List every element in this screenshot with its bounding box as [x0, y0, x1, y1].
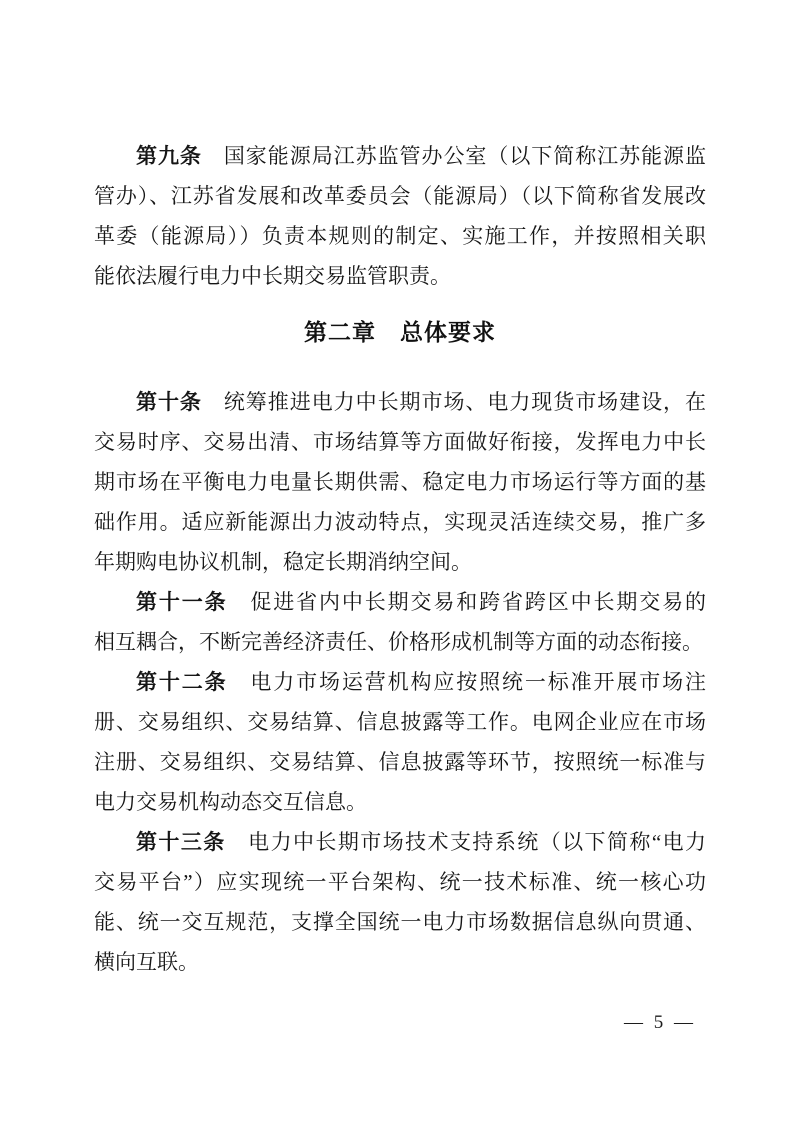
page-number: — 5 —	[624, 1012, 696, 1034]
text-line: 相互耦合，不断完善经济责任、价格形成机制等方面的动态衔接。	[94, 622, 706, 662]
text-line: 能依法履行电力中长期交易监管职责。	[94, 256, 706, 296]
article-number-label: 第九条	[136, 144, 202, 168]
article-paragraph: 第十二条 电力市场运营机构应按照统一标准开展市场注册、交易组织、交易结算、信息披…	[94, 662, 706, 822]
article-paragraph: 第十条 统筹推进电力中长期市场、电力现货市场建设，在交易时序、交易出清、市场结算…	[94, 382, 706, 582]
text-line: 电力交易机构动态交互信息。	[94, 782, 706, 822]
article-number-label: 第十三条	[136, 830, 226, 854]
document-page: 第九条 国家能源局江苏监管办公室（以下简称江苏能源监管办）、江苏省发展和改革委员…	[0, 0, 800, 1131]
article-number-label: 第十一条	[136, 590, 228, 614]
text-line: 第十条 统筹推进电力中长期市场、电力现货市场建设，在	[94, 382, 706, 422]
article-paragraph: 第九条 国家能源局江苏监管办公室（以下简称江苏能源监管办）、江苏省发展和改革委员…	[94, 136, 706, 296]
text-line: 管办）、江苏省发展和改革委员会（能源局）（以下简称省发展改	[94, 176, 706, 216]
text-line: 第十三条 电力中长期市场技术支持系统（以下简称“电力	[94, 822, 706, 862]
text-line: 交易平台”）应实现统一平台架构、统一技术标准、统一核心功	[94, 862, 706, 902]
text-line: 年期购电协议机制，稳定长期消纳空间。	[94, 542, 706, 582]
text-line: 革委（能源局））负责本规则的制定、实施工作，并按照相关职	[94, 216, 706, 256]
article-paragraph: 第十一条 促进省内中长期交易和跨省跨区中长期交易的相互耦合，不断完善经济责任、价…	[94, 582, 706, 662]
chapter-heading: 第二章 总体要求	[94, 312, 706, 352]
text-line: 第九条 国家能源局江苏监管办公室（以下简称江苏能源监	[94, 136, 706, 176]
text-line: 交易时序、交易出清、市场结算等方面做好衔接，发挥电力中长	[94, 422, 706, 462]
document-body: 第九条 国家能源局江苏监管办公室（以下简称江苏能源监管办）、江苏省发展和改革委员…	[94, 136, 706, 982]
article-number-label: 第十二条	[136, 670, 228, 694]
text-line: 注册、交易组织、交易结算、信息披露等环节，按照统一标准与	[94, 742, 706, 782]
text-line: 能、统一交互规范，支撑全国统一电力市场数据信息纵向贯通、	[94, 902, 706, 942]
article-number-label: 第十条	[136, 390, 202, 414]
article-paragraph: 第十三条 电力中长期市场技术支持系统（以下简称“电力交易平台”）应实现统一平台架…	[94, 822, 706, 982]
text-line: 第十二条 电力市场运营机构应按照统一标准开展市场注	[94, 662, 706, 702]
text-line: 横向互联。	[94, 942, 706, 982]
text-line: 期市场在平衡电力电量长期供需、稳定电力市场运行等方面的基	[94, 462, 706, 502]
text-line: 册、交易组织、交易结算、信息披露等工作。电网企业应在市场	[94, 702, 706, 742]
text-line: 第十一条 促进省内中长期交易和跨省跨区中长期交易的	[94, 582, 706, 622]
text-line: 础作用。适应新能源出力波动特点，实现灵活连续交易，推广多	[94, 502, 706, 542]
